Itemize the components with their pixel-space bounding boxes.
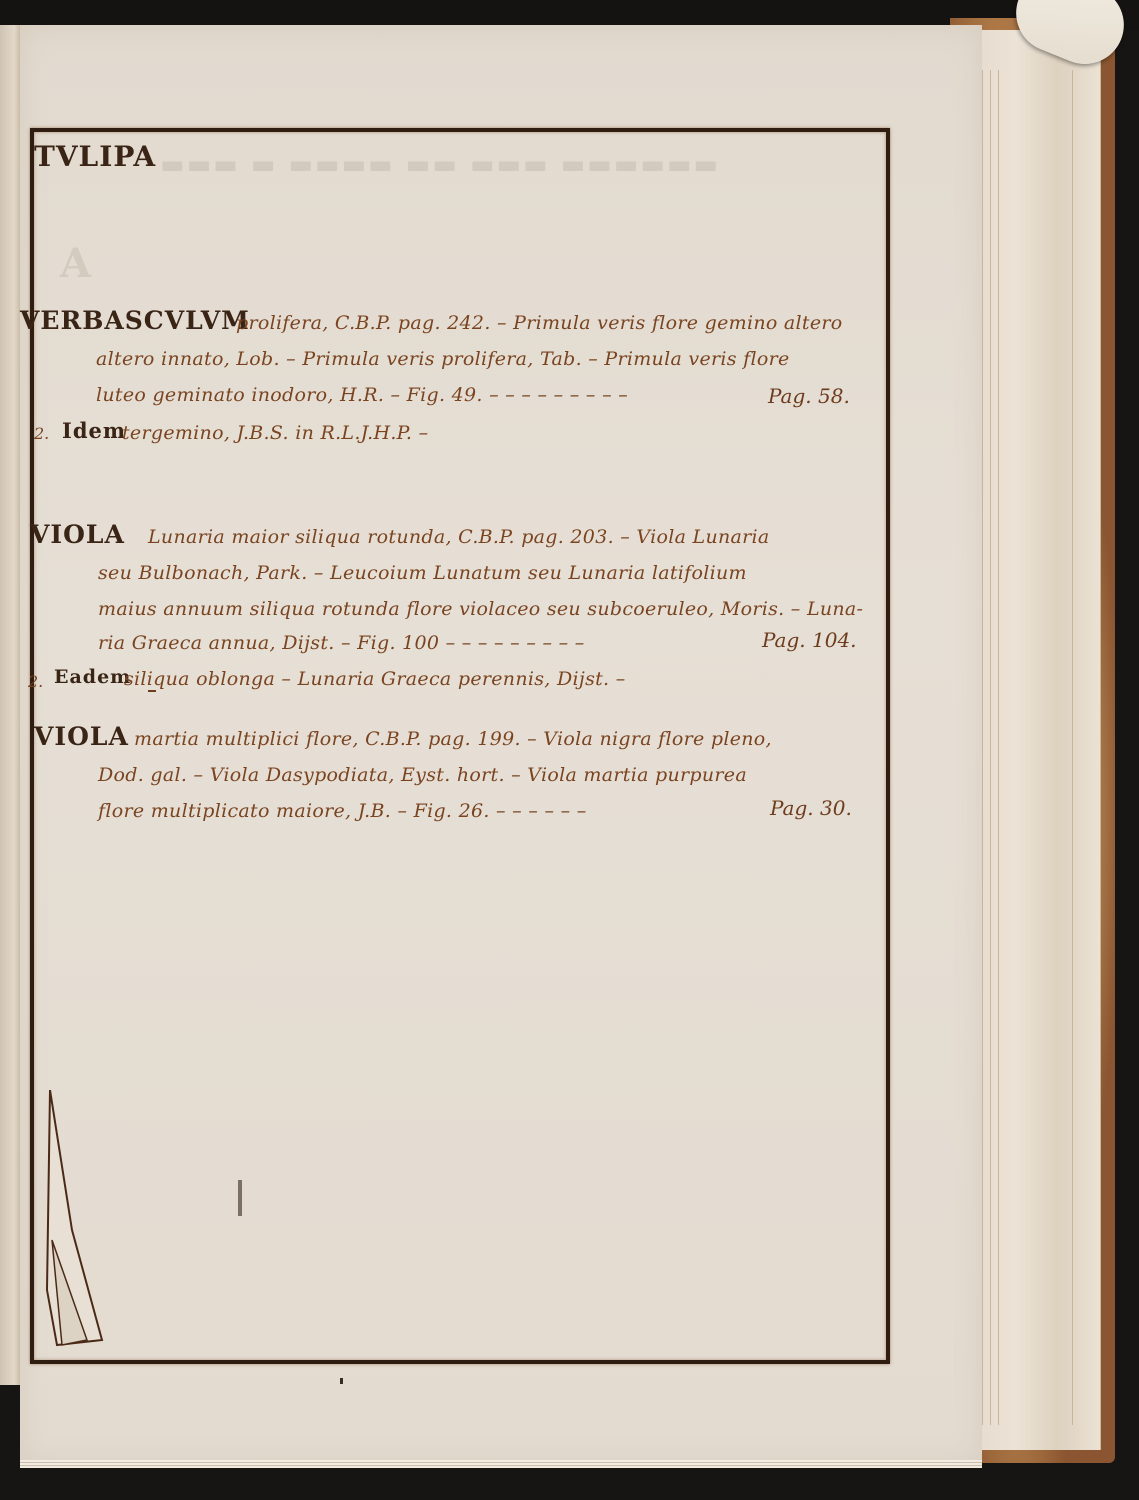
sub-entry-number: 2. [28, 672, 43, 691]
entry-heading-verbasculum: VERBASCVLVM [20, 306, 250, 335]
page-reference: Pag. 30. [770, 796, 852, 820]
entry-line: martia multiplici flore, C.B.P. pag. 199… [134, 728, 772, 750]
entry-line: Dod. gal. – Viola Dasypodiata, Eyst. hor… [98, 764, 747, 786]
ink-dot [340, 1378, 343, 1384]
entry-line: prolifera, C.B.P. pag. 242. – Primula ve… [236, 312, 843, 334]
page-reference: Pag. 104. [762, 628, 857, 652]
entry-line: Lunaria maior siliqua rotunda, C.B.P. pa… [148, 526, 770, 548]
sub-entry-number: 2. [34, 424, 49, 443]
ink-smudge [238, 1180, 242, 1216]
entry-line: luteo geminato inodoro, H.R. – Fig. 49. … [96, 384, 628, 406]
entry-line: altero innato, Lob. – Primula veris prol… [96, 348, 790, 370]
heading-text: TVLIPA [34, 140, 156, 173]
page-bottom-edges [20, 1460, 982, 1468]
entry-line: maius annuum siliqua rotunda flore viola… [98, 598, 863, 620]
sub-entry-text: tergemino, J.B.S. in R.L.J.H.P. – [122, 422, 428, 444]
entry-heading-viola-martia: VIOLA [34, 722, 129, 751]
sub-heading-text: Eadem [54, 666, 131, 688]
entry-heading-text: VERBASCVLVM [20, 306, 250, 335]
entry-heading-text: VIOLA [30, 520, 125, 549]
sub-entry-heading: Idem [62, 418, 126, 443]
sub-entry-heading: Eadem [54, 666, 131, 688]
entry-heading-text: VIOLA [34, 722, 129, 751]
sub-heading-text: Idem [62, 418, 126, 443]
entry-line: seu Bulbonach, Park. – Leucoium Lunatum … [98, 562, 747, 584]
entry-heading-viola-lunaria: VIOLA [30, 520, 125, 549]
entry-line: ria Graeca annua, Dijst. – Fig. 100 – – … [98, 632, 585, 654]
sub-entry-text: siliqua oblonga – Lunaria Graeca perenni… [124, 668, 626, 690]
page-heading: TVLIPA [34, 140, 156, 173]
entry-line: flore multiplicato maiore, J.B. – Fig. 2… [98, 800, 587, 822]
ink-mark [148, 690, 156, 692]
torn-page-fold [42, 1090, 122, 1350]
page-reference: Pag. 58. [768, 384, 850, 408]
